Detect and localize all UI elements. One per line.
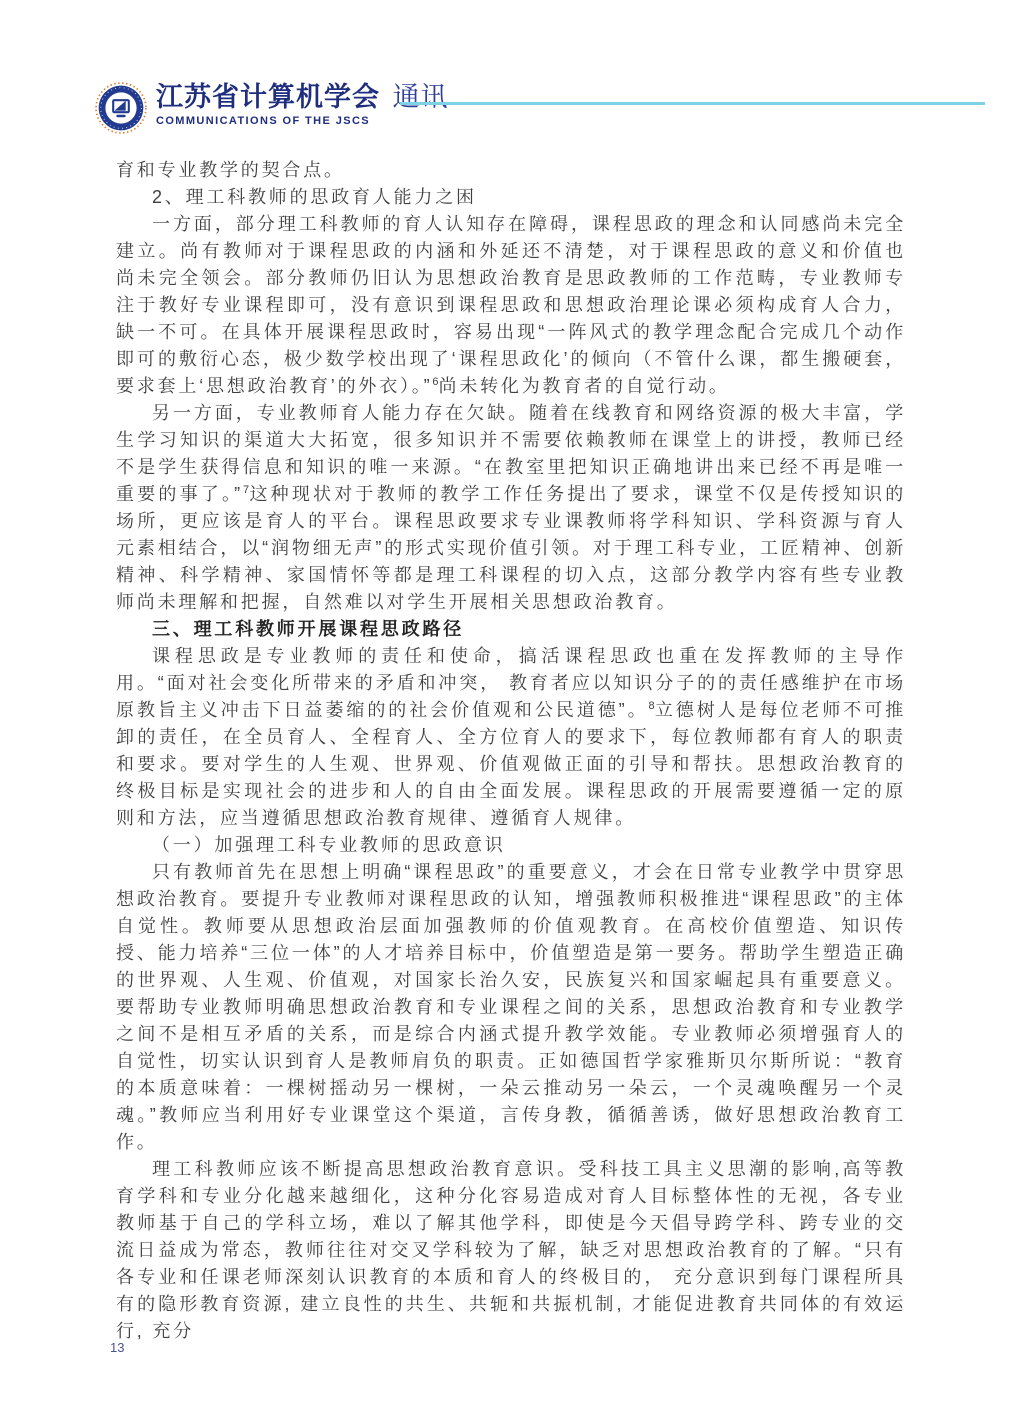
text-run: （一）加强理工科专业教师的思政意识 (152, 835, 506, 855)
journal-title: 江苏省计算机学会 通讯 (156, 82, 449, 112)
paragraph: 2、理工科教师的思政育人能力之困 (116, 184, 906, 211)
paragraph: （一）加强理工科专业教师的思政意识 (116, 832, 906, 859)
page-number: 13 (110, 1340, 124, 1355)
text-run: 理工科教师应该不断提高思想政治教育意识。受科技工具主义思潮的影响,高等教育学科和… (116, 1159, 906, 1341)
paragraph: 课程思政是专业教师的责任和使命，搞活课程思政也重在发挥教师的主导作用。“面对社会… (116, 643, 906, 832)
paragraph: 育和专业教学的契合点。 (116, 157, 906, 184)
journal-title-suffix: 通讯 (393, 82, 449, 112)
text-run: 三、理工科教师开展课程思政路径 (152, 619, 464, 639)
journal-subtitle: COMMUNICATIONS OF THE JSCS (156, 115, 449, 127)
journal-page: 江苏省计算机学会 通讯 COMMUNICATIONS OF THE JSCS 育… (0, 0, 1024, 1425)
text-run: 2、理工科教师的思政育人能力之困 (152, 187, 477, 207)
header-divider (400, 102, 985, 105)
paragraph: 一方面，部分理工科教师的育人认知存在障碍，课程思政的理念和认同感尚未完全建立。尚… (116, 211, 906, 400)
journal-title-main: 江苏省计算机学会 (156, 82, 380, 112)
page-header: 江苏省计算机学会 通讯 COMMUNICATIONS OF THE JSCS (0, 80, 1024, 144)
paragraph: 另一方面，专业教师育人能力存在欠缺。随着在线教育和网络资源的极大丰富，学生学习知… (116, 400, 906, 616)
text-run: 尚未转化为教育者的自觉行动。 (439, 376, 730, 396)
jscs-logo-icon (95, 82, 147, 134)
text-run: 只有教师首先在思想上明确“课程思政”的重要意义，才会在日常专业教学中贯穿思想政治… (116, 862, 906, 1152)
text-run: 一方面，部分理工科教师的育人认知存在障碍，课程思政的理念和认同感尚未完全建立。尚… (116, 214, 906, 396)
paragraph: 只有教师首先在思想上明确“课程思政”的重要意义，才会在日常专业教学中贯穿思想政治… (116, 859, 906, 1156)
text-run: 育和专业教学的契合点。 (116, 160, 345, 180)
article-body: 育和专业教学的契合点。2、理工科教师的思政育人能力之困一方面，部分理工科教师的育… (116, 157, 906, 1345)
paragraph: 理工科教师应该不断提高思想政治教育意识。受科技工具主义思潮的影响,高等教育学科和… (116, 1156, 906, 1345)
section-heading: 三、理工科教师开展课程思政路径 (116, 616, 906, 643)
